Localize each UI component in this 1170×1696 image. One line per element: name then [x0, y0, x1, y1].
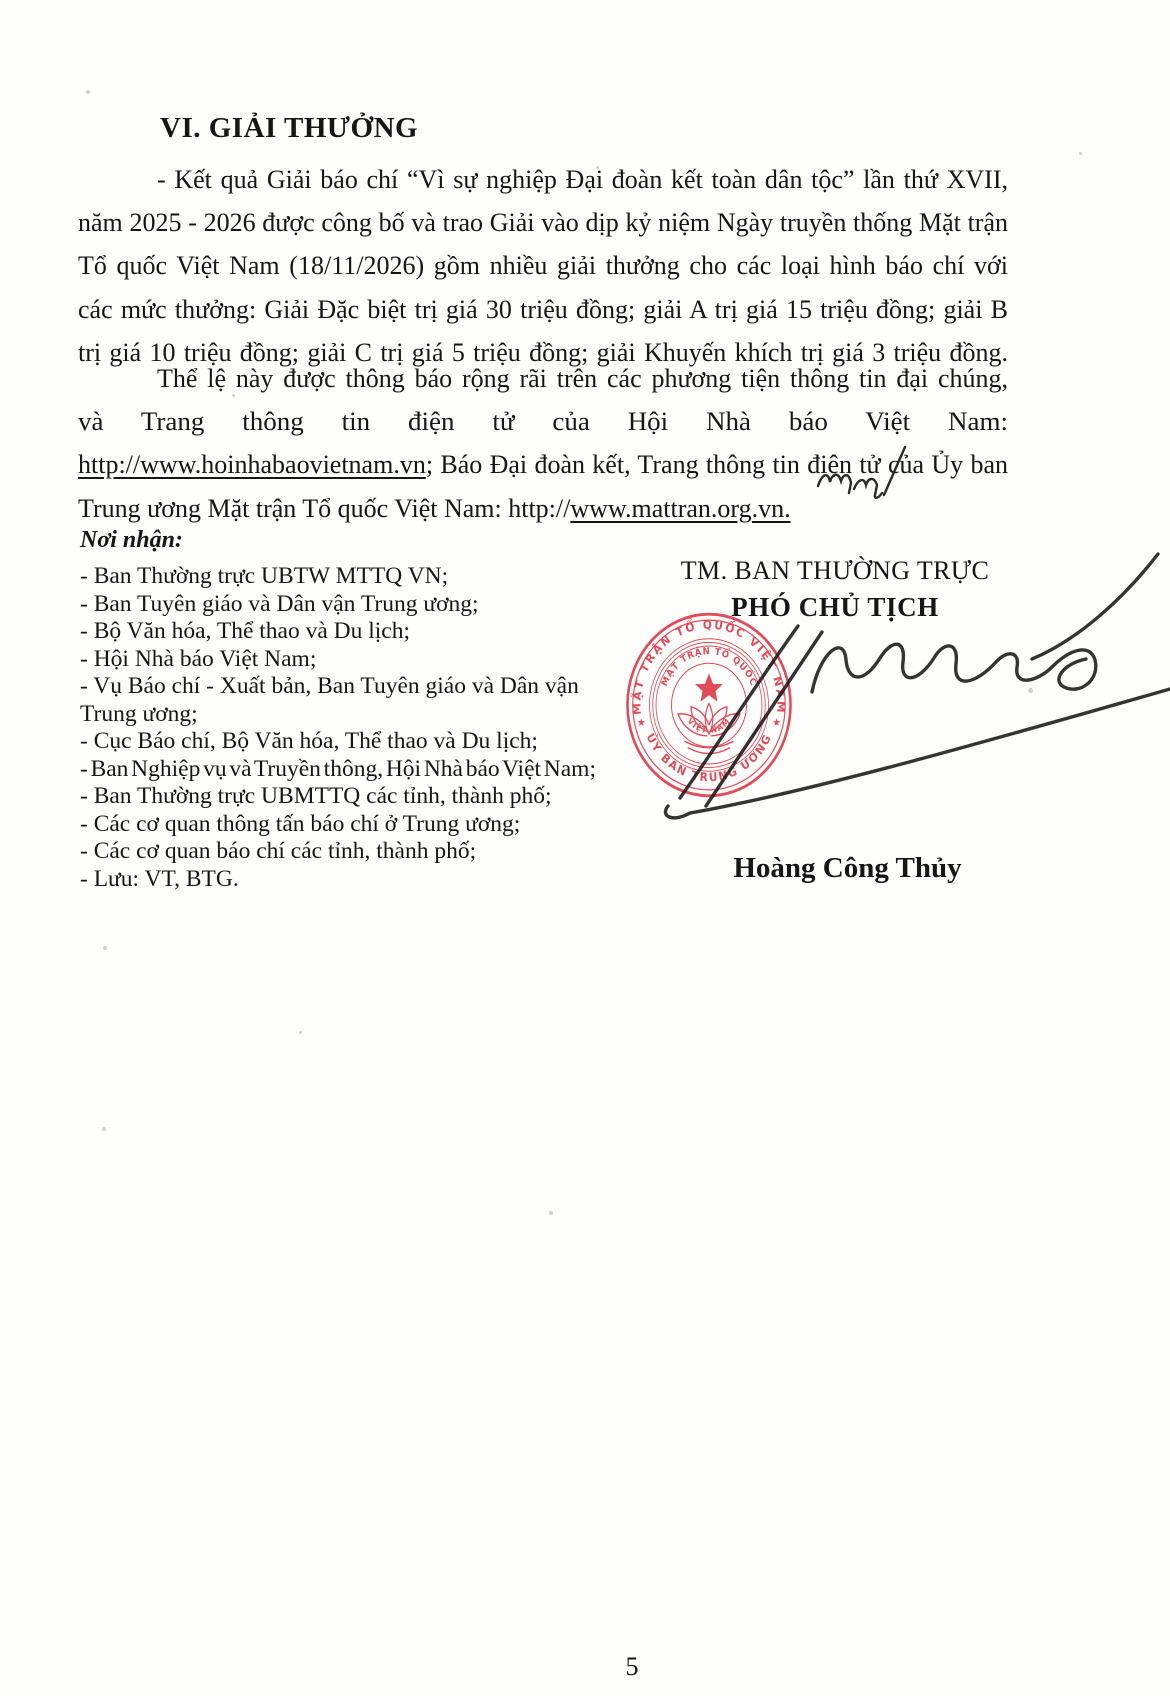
recipient-line: - Các cơ quan thông tấn báo chí ở Trung … — [80, 811, 596, 839]
recipient-line: - Ban Thường trực UBTW MTTQ VN; — [80, 563, 596, 591]
text-line-content: Thể lệ này được thông báo rộng rãi trên … — [157, 357, 1008, 400]
signer-name: Hoàng Công Thủy — [680, 852, 1015, 885]
recipient-line-content: - Lưu: VT, BTG. — [80, 866, 239, 894]
recipient-line-content: - Bộ Văn hóa, Thể thao và Du lịch; — [80, 618, 410, 646]
signature-ink — [600, 540, 1170, 870]
scan-speck — [102, 1127, 106, 1131]
recipient-line-content: - Ban Thường trực UBTW MTTQ VN; — [80, 563, 448, 591]
scan-speck — [1028, 688, 1033, 693]
section-title: VI. GIẢI THƯỞNG — [160, 112, 418, 145]
text-line-content: Trung ương Mặt trận Tổ quốc Việt Nam: ht… — [78, 487, 791, 530]
url-link[interactable]: www.mattran.org.vn. — [570, 494, 790, 523]
recipient-line-content: - Hội Nhà báo Việt Nam; — [80, 646, 316, 674]
text-segment: các mức thưởng: Giải Đặc biệt trị giá 30… — [78, 295, 1008, 324]
page-number: 5 — [610, 1652, 654, 1682]
recipient-line-content: - Cục Báo chí, Bộ Văn hóa, Thể thao và D… — [80, 728, 538, 756]
recipient-line-content: - Ban Nghiệp vụ và Truyền thông, Hội Nhà… — [80, 756, 596, 784]
recipient-line: - Ban Tuyên giáo và Dân vận Trung ương; — [80, 591, 596, 619]
text-segment: năm 2025 - 2026 được công bố và trao Giả… — [78, 208, 1008, 237]
recipients-block: Nơi nhận: - Ban Thường trực UBTW MTTQ VN… — [80, 527, 596, 893]
text-line: và Trang thông tin điện tử của Hội Nhà b… — [78, 400, 1008, 443]
handwritten-initials-mark — [812, 440, 912, 504]
recipient-line-content: - Các cơ quan thông tấn báo chí ở Trung … — [80, 811, 520, 839]
text-line: - Kết quả Giải báo chí “Vì sự nghiệp Đại… — [78, 158, 1087, 201]
scan-speck — [1079, 152, 1082, 155]
recipients-header: Nơi nhận: — [80, 527, 596, 554]
scan-speck — [86, 90, 90, 94]
recipient-line: - Cục Báo chí, Bộ Văn hóa, Thể thao và D… — [80, 728, 596, 756]
recipient-line-content: - Vụ Báo chí - Xuất bản, Ban Tuyên giáo … — [80, 673, 579, 701]
scan-speck — [299, 1031, 302, 1034]
recipient-line-content: Trung ương; — [80, 701, 198, 729]
text-segment: Trung ương Mặt trận Tổ quốc Việt Nam: ht… — [78, 494, 570, 523]
recipient-line: - Lưu: VT, BTG. — [80, 866, 596, 894]
text-segment: ; Báo Đại đoàn kết, Trang thông tin điện… — [426, 450, 1008, 479]
text-segment: Tổ quốc Việt Nam (18/11/2026) gồm nhiều … — [78, 251, 1008, 280]
scan-speck — [549, 1211, 553, 1215]
recipient-line: - Bộ Văn hóa, Thể thao và Du lịch; — [80, 618, 596, 646]
recipient-line: - Ban Thường trực UBMTTQ các tỉnh, thành… — [80, 783, 596, 811]
recipient-line-content: - Các cơ quan báo chí các tỉnh, thành ph… — [80, 838, 476, 866]
recipient-line: - Vụ Báo chí - Xuất bản, Ban Tuyên giáo … — [80, 673, 596, 701]
recipient-line: - Hội Nhà báo Việt Nam; — [80, 646, 596, 674]
text-segment: - Kết quả Giải báo chí “Vì sự nghiệp Đại… — [157, 165, 1008, 194]
paragraph-awards: - Kết quả Giải báo chí “Vì sự nghiệp Đại… — [78, 158, 1008, 374]
text-segment: Thể lệ này được thông báo rộng rãi trên … — [157, 364, 1008, 393]
scan-speck — [596, 166, 599, 169]
document-page: VI. GIẢI THƯỞNG - Kết quả Giải báo chí “… — [0, 0, 1170, 1696]
text-line: Tổ quốc Việt Nam (18/11/2026) gồm nhiều … — [78, 244, 1008, 287]
recipient-line-content: - Ban Thường trực UBMTTQ các tỉnh, thành… — [80, 783, 551, 811]
text-line-content: Tổ quốc Việt Nam (18/11/2026) gồm nhiều … — [78, 244, 1008, 287]
text-line: năm 2025 - 2026 được công bố và trao Giả… — [78, 201, 1008, 244]
scan-speck — [232, 394, 235, 397]
text-line-content: - Kết quả Giải báo chí “Vì sự nghiệp Đại… — [157, 158, 1008, 201]
recipient-line: Trung ương; — [80, 701, 596, 729]
text-line: các mức thưởng: Giải Đặc biệt trị giá 30… — [78, 288, 1008, 331]
text-line-content: năm 2025 - 2026 được công bố và trao Giả… — [78, 201, 1008, 244]
scan-speck — [398, 856, 402, 860]
text-line: Thể lệ này được thông báo rộng rãi trên … — [78, 357, 1087, 400]
url-link[interactable]: http://www.hoinhabaovietnam.vn — [78, 450, 426, 479]
recipient-line-content: - Ban Tuyên giáo và Dân vận Trung ương; — [80, 591, 479, 619]
scan-speck — [103, 946, 107, 950]
recipient-line: - Các cơ quan báo chí các tỉnh, thành ph… — [80, 838, 596, 866]
text-line-content: và Trang thông tin điện tử của Hội Nhà b… — [78, 400, 1008, 443]
recipients-list: - Ban Thường trực UBTW MTTQ VN;- Ban Tuy… — [80, 563, 596, 893]
text-line-content: các mức thưởng: Giải Đặc biệt trị giá 30… — [78, 288, 1008, 331]
text-segment: và Trang thông tin điện tử của Hội Nhà b… — [78, 407, 1008, 436]
recipient-line: - Ban Nghiệp vụ và Truyền thông, Hội Nhà… — [80, 756, 596, 784]
